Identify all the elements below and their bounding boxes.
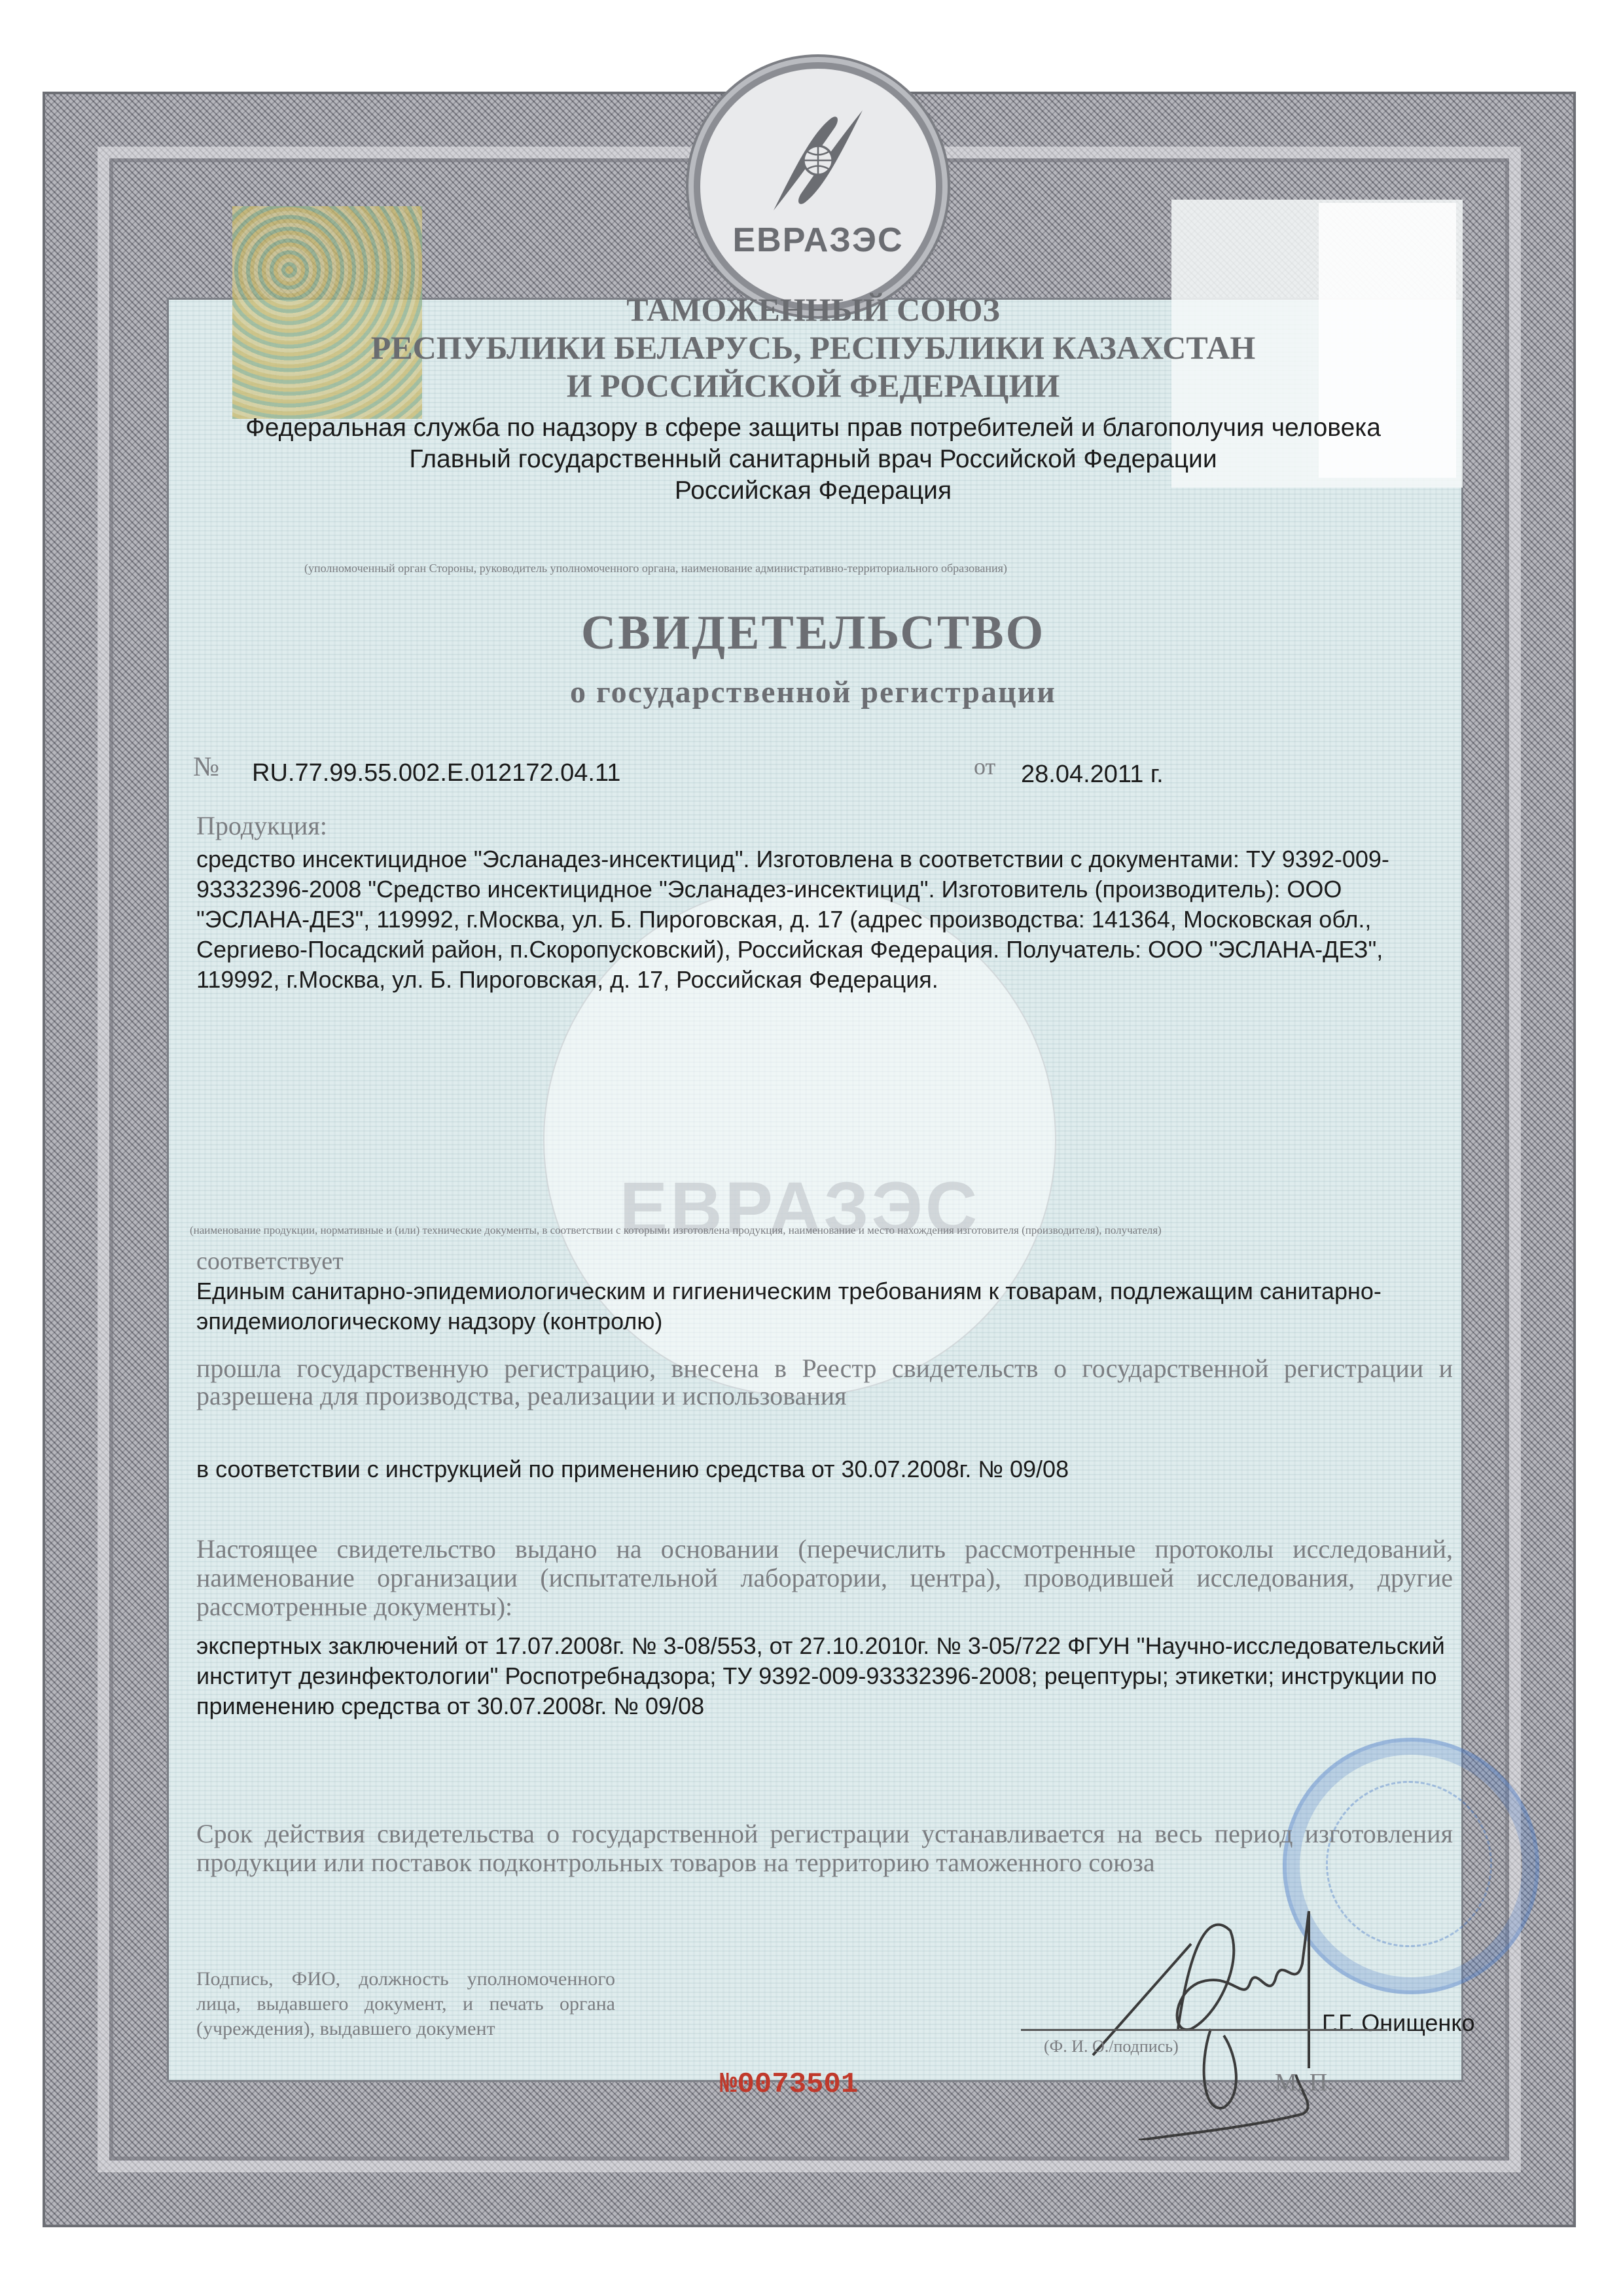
document-subtitle: о государственной регистрации bbox=[167, 674, 1459, 710]
conformity-label: соответствует bbox=[196, 1247, 344, 1276]
registered-label: прошла государственную регистрацию, внес… bbox=[196, 1355, 1453, 1410]
seal-label: М. П. bbox=[1275, 2068, 1334, 2097]
product-label: Продукция: bbox=[196, 810, 327, 841]
authority-line-3: Российская Федерация bbox=[167, 475, 1459, 507]
registered-text: в соответствии с инструкцией по применен… bbox=[196, 1454, 1069, 1484]
eurasec-logo-icon bbox=[762, 105, 874, 216]
signature-label: Подпись, ФИО, должность уполномоченного … bbox=[196, 1967, 615, 2041]
number-label: № bbox=[193, 751, 219, 783]
conformity-text: Единым санитарно-эпидемиологическим и ги… bbox=[196, 1276, 1440, 1336]
authority-line-1: Федеральная служба по надзору в сфере за… bbox=[167, 412, 1459, 444]
emblem-label: ЕВРАЗЭС bbox=[700, 221, 936, 260]
signature-line bbox=[1021, 2029, 1387, 2031]
authority-line-2: Главный государственный санитарный врач … bbox=[167, 444, 1459, 475]
union-line-1: ТАМОЖЕННЫЙ СОЮЗ bbox=[167, 291, 1459, 328]
basis-text: экспертных заключений от 17.07.2008г. № … bbox=[196, 1631, 1453, 1721]
date-label: от bbox=[974, 753, 995, 780]
basis-label: Настоящее свидетельство выдано на основа… bbox=[196, 1535, 1453, 1621]
product-caption: (наименование продукции, нормативные и (… bbox=[190, 1224, 1162, 1237]
product-description: средство инсектицидное "Эсланадез-инсект… bbox=[196, 844, 1453, 995]
document-title: СВИДЕТЕЛЬСТВО bbox=[167, 605, 1459, 661]
union-line-2: РЕСПУБЛИКИ БЕЛАРУСЬ, РЕСПУБЛИКИ КАЗАХСТА… bbox=[167, 329, 1459, 366]
registration-number: RU.77.99.55.002.E.012172.04.11 bbox=[252, 758, 620, 788]
registration-date: 28.04.2011 г. bbox=[1021, 759, 1164, 789]
union-line-3: И РОССИЙСКОЙ ФЕДЕРАЦИИ bbox=[167, 367, 1459, 404]
form-serial-number: №0073501 bbox=[720, 2068, 858, 2101]
authority-caption: (уполномоченный орган Стороны, руководит… bbox=[304, 562, 1007, 575]
signatory-name: Г.Г. Онищенко bbox=[1322, 2008, 1475, 2038]
signature-caption: (Ф. И. О./подпись) bbox=[1044, 2037, 1179, 2056]
eurasec-emblem: ЕВРАЗЭС bbox=[694, 62, 942, 311]
signature-scribble bbox=[1080, 1833, 1420, 2140]
